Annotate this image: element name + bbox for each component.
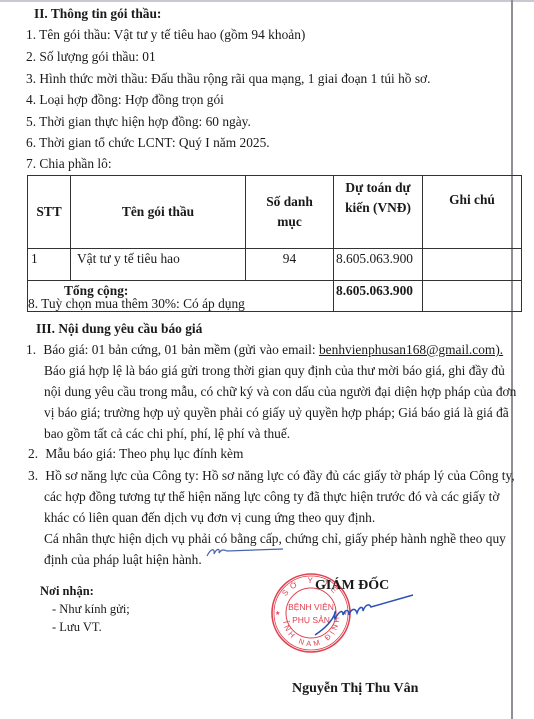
total-note xyxy=(423,281,522,312)
cell-stt: 1 xyxy=(28,249,71,281)
header-estimate: Dự toán dự kiến (VNĐ) xyxy=(334,176,423,249)
header-note: Ghi chú xyxy=(423,176,522,249)
requirement-3-line-0: Hồ sơ năng lực của Công ty: Hồ sơ năng l… xyxy=(45,468,514,483)
table-row: 1 Vật tư y tế tiêu hao 94 8.605.063.900 xyxy=(28,249,522,281)
header-estimate-line1: Dự toán dự xyxy=(345,180,410,195)
lot-table: STT Tên gói thầu Số danh mục Dự toán dự … xyxy=(27,175,522,312)
header-count-line1: Số danh xyxy=(266,194,313,209)
requirement-3: 3. Hồ sơ năng lực của Công ty: Hồ sơ năn… xyxy=(28,468,515,484)
header-stt: STT xyxy=(28,176,71,249)
requirement-2-number: 2. xyxy=(28,446,38,461)
info-item-8: 8. Tuỳ chọn mua thêm 30%: Có áp dụng xyxy=(28,296,245,312)
requirement-3-line-2: khác có liên quan đến dịch vụ đơn vị cun… xyxy=(44,510,375,526)
header-count-line2: mục xyxy=(277,214,302,229)
recipient-1: - Như kính gửi; xyxy=(52,601,130,617)
requirement-3-line-1: các hợp đồng tương tự thể hiện năng lực … xyxy=(44,489,499,505)
cell-estimate: 8.605.063.900 xyxy=(334,249,423,281)
email-link[interactable]: benhvienphusan168@gmail.com). xyxy=(319,342,503,357)
requirement-2-text: Mẫu báo giá: Theo phụ lục đính kèm xyxy=(45,446,243,461)
info-item-3: 3. Hình thức mời thầu: Đấu thầu rộng rãi… xyxy=(26,71,430,87)
requirement-1-number: 1. xyxy=(26,342,36,357)
info-item-5: 5. Thời gian thực hiện hợp đồng: 60 ngày… xyxy=(26,114,251,130)
requirement-1-prefix: Báo giá: 01 bản cứng, 01 bản mềm (gửi và… xyxy=(43,342,319,357)
requirement-1-line-2: nội dung yêu cầu trong mẫu, có chữ ký và… xyxy=(44,384,516,400)
signatory-name: Nguyễn Thị Thu Vân xyxy=(292,681,418,697)
section-3-heading: III. Nội dung yêu cầu báo giá xyxy=(36,321,202,337)
header-estimate-line2: kiến (VNĐ) xyxy=(345,200,411,215)
requirement-3-number: 3. xyxy=(28,468,38,483)
table-header-row: STT Tên gói thầu Số danh mục Dự toán dự … xyxy=(28,176,522,249)
initials-scribble-icon xyxy=(205,544,285,558)
info-item-6: 6. Thời gian tổ chức LCNT: Quý I năm 202… xyxy=(26,135,270,151)
cell-name: Vật tư y tế tiêu hao xyxy=(71,249,246,281)
requirement-2: 2. Mẫu báo giá: Theo phụ lục đính kèm xyxy=(28,446,243,462)
cell-count: 94 xyxy=(246,249,334,281)
recipients-heading: Nơi nhận: xyxy=(40,583,94,599)
requirement-1-line-4: bao gồm tất cả các chi phí, phí, lệ phí … xyxy=(44,426,290,442)
svg-text:★: ★ xyxy=(275,610,280,617)
page-top-edge xyxy=(0,0,534,2)
section-2-heading: II. Thông tin gói thầu: xyxy=(34,6,161,22)
requirement-1-line-3: vị báo giá; trường hợp uỷ quyền phải có … xyxy=(44,405,509,421)
header-name: Tên gói thầu xyxy=(71,176,246,249)
info-item-7: 7. Chia phần lô: xyxy=(26,156,112,172)
recipient-2: - Lưu VT. xyxy=(52,619,102,635)
requirement-1: 1. Báo giá: 01 bản cứng, 01 bản mềm (gửi… xyxy=(26,342,503,358)
info-item-2: 2. Số lượng gói thầu: 01 xyxy=(26,49,156,65)
cell-note xyxy=(423,249,522,281)
requirement-3-line-4: định của pháp luật hiện hành. xyxy=(44,552,202,568)
info-item-4: 4. Loại hợp đồng: Hợp đồng trọn gói xyxy=(26,92,224,108)
page-right-edge xyxy=(511,0,513,719)
signature-icon xyxy=(305,583,415,643)
header-count: Số danh mục xyxy=(246,176,334,249)
requirement-1-line-1: Báo giá hợp lệ là báo giá gửi trong thời… xyxy=(44,363,505,379)
total-estimate: 8.605.063.900 xyxy=(334,281,423,312)
info-item-1: 1. Tên gói thầu: Vật tư y tế tiêu hao (g… xyxy=(26,27,305,43)
